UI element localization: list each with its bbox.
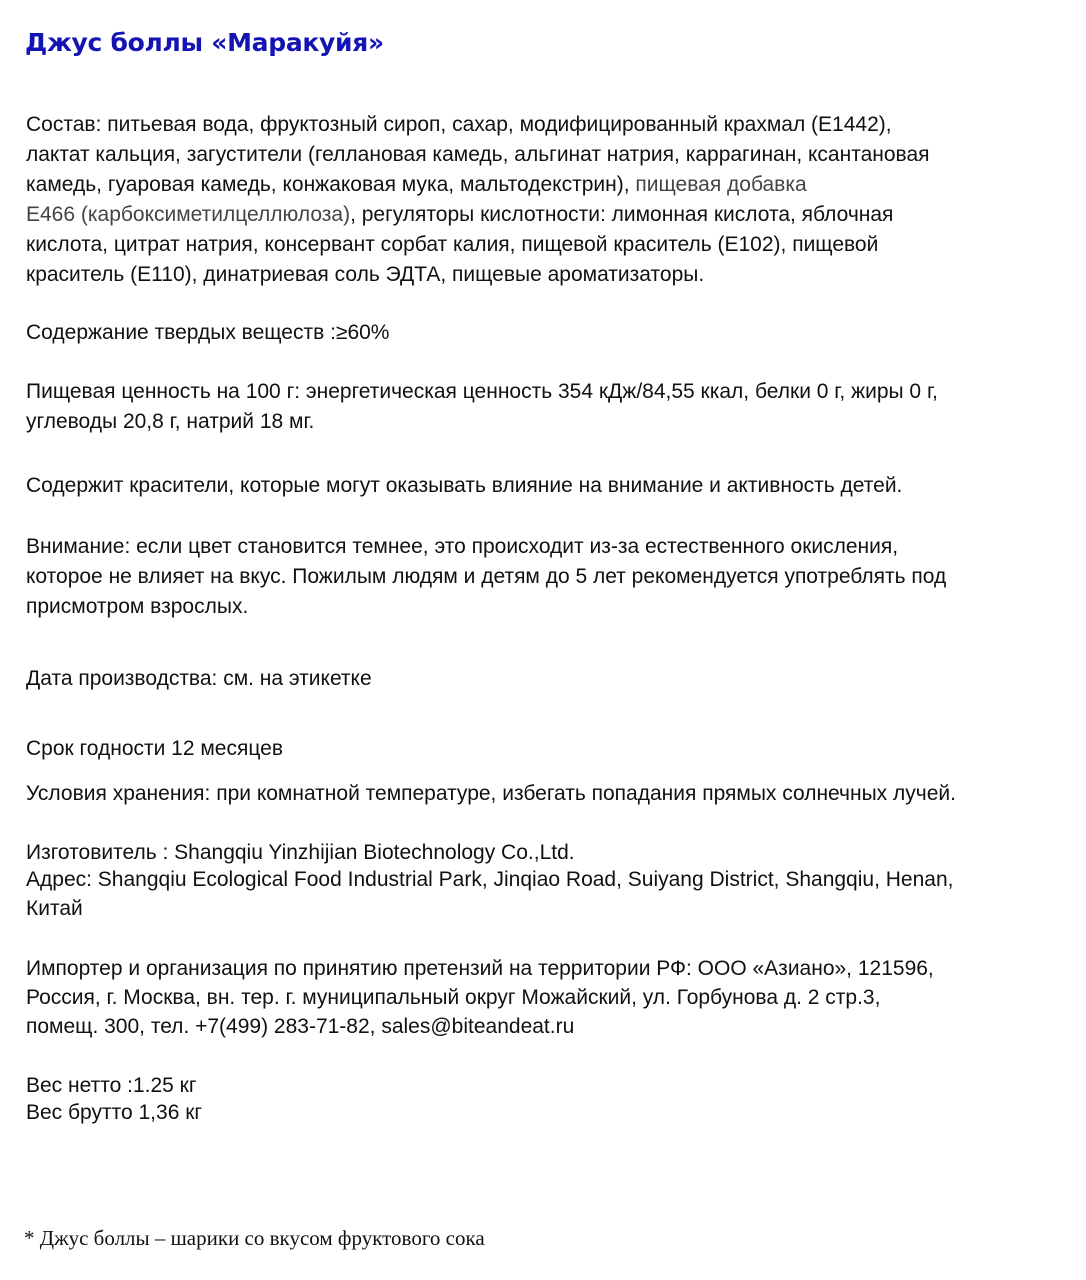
composition-line: Состав: питьевая вода, фруктозный сироп,…: [26, 112, 892, 138]
composition-line: краситель (E110), динатриевая соль ЭДТА,…: [26, 262, 704, 288]
attention-line: которое не влияет на вкус. Пожилым людям…: [26, 564, 946, 590]
net-weight: Вес нетто :1.25 кг: [26, 1073, 197, 1099]
nutrition-line: углеводы 20,8 г, натрий 18 мг.: [26, 409, 314, 435]
page-title: Джус боллы «Маракуйя»: [25, 28, 384, 57]
composition-text: , регуляторы кислотности: лимонная кисло…: [350, 203, 893, 226]
production-date: Дата производства: см. на этикетке: [26, 666, 372, 692]
e466-text: E466 (карбоксиметилцеллюлоза): [26, 203, 350, 226]
composition-line: камедь, гуаровая камедь, конжаковая мука…: [26, 172, 807, 198]
attention-line: Внимание: если цвет становится темнее, э…: [26, 534, 898, 560]
gross-weight: Вес брутто 1,36 кг: [26, 1100, 202, 1126]
importer-line: Россия, г. Москва, вн. тер. г. муниципал…: [26, 985, 880, 1011]
food-additive-text: пищевая добавка: [635, 173, 806, 196]
nutrition-line: Пищевая ценность на 100 г: энергетическа…: [26, 379, 938, 405]
manufacturer-address: Адрес: Shangqiu Ecological Food Industri…: [26, 867, 953, 893]
composition-line: лактат кальция, загустители (геллановая …: [26, 142, 930, 168]
shelf-life: Срок годности 12 месяцев: [26, 736, 283, 762]
importer-line: помещ. 300, тел. +7(499) 283-71-82, sale…: [26, 1014, 574, 1040]
attention-line: присмотром взрослых.: [26, 594, 248, 620]
storage-conditions: Условия хранения: при комнатной температ…: [26, 781, 956, 807]
importer-email: sales@biteandeat.ru: [381, 1015, 574, 1038]
composition-text: камедь, гуаровая камедь, конжаковая мука…: [26, 173, 635, 196]
footnote: * Джус боллы – шарики со вкусом фруктово…: [24, 1225, 485, 1251]
importer-line: Импортер и организация по принятию прете…: [26, 956, 934, 982]
manufacturer-name: Изготовитель : Shangqiu Yinzhijian Biote…: [26, 840, 575, 866]
composition-line: кислота, цитрат натрия, консервант сорба…: [26, 232, 878, 258]
solids-content: Содержание твердых веществ :≥60%: [26, 320, 389, 346]
dyes-warning: Содержит красители, которые могут оказыв…: [26, 473, 902, 499]
composition-line: E466 (карбоксиметилцеллюлоза), регулятор…: [26, 202, 893, 228]
manufacturer-address: Китай: [26, 896, 83, 922]
importer-contact: помещ. 300, тел. +7(499) 283-71-82,: [26, 1015, 381, 1038]
